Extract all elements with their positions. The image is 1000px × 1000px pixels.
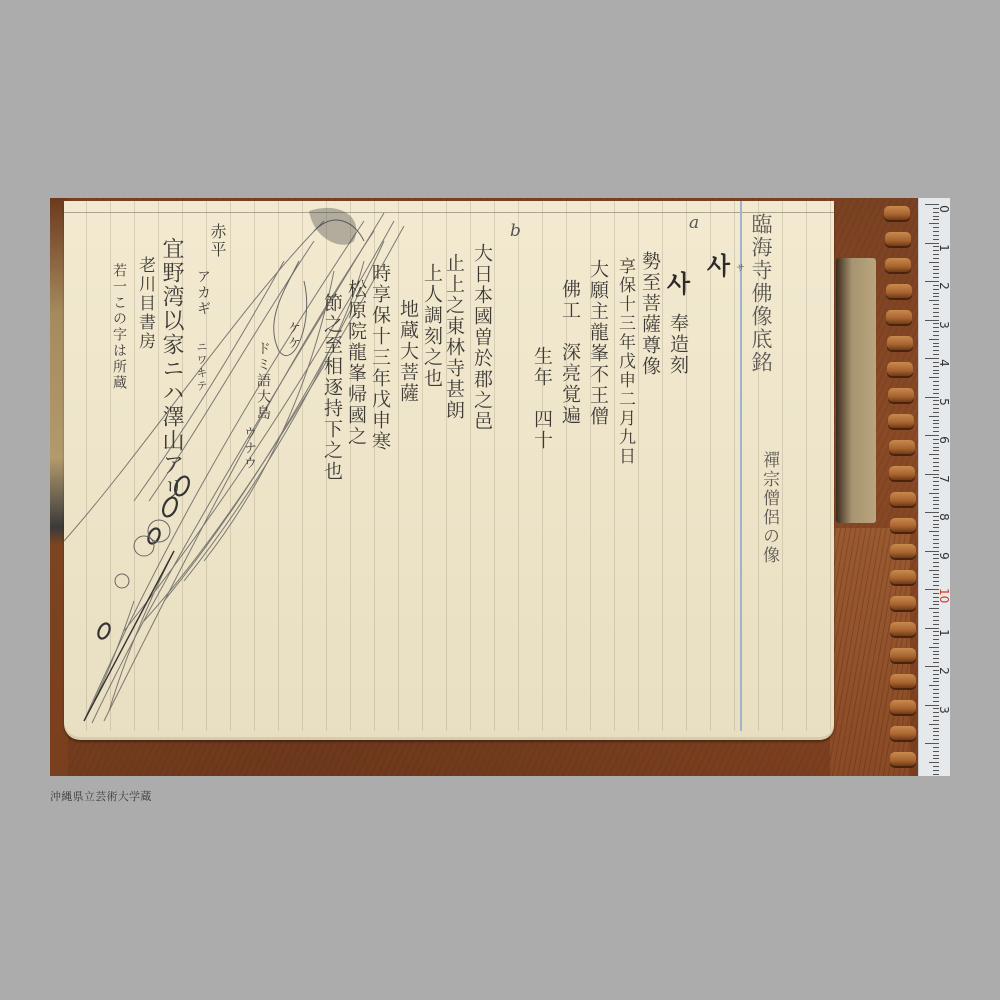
notebook-photograph: 012345678910123: [50, 198, 950, 776]
ruler-tick: [933, 770, 939, 771]
ruler-tick: [933, 720, 939, 721]
page-top-rule: [64, 212, 834, 213]
page-rule-line: [398, 201, 399, 731]
ruler-tick: [933, 497, 939, 498]
stitch: [884, 206, 910, 220]
ruler-tick: [933, 450, 939, 451]
ruler-tick: [929, 570, 939, 571]
inscription-b-line-1: 大日本國曽於郡之邑: [472, 243, 491, 432]
ruler-tick: [933, 620, 939, 621]
ruler-tick: [925, 743, 939, 744]
ruler-number: 1: [937, 242, 950, 254]
inscription-a-line-5: 佛工 深亮覚遍: [560, 279, 579, 426]
ruler-tick: [933, 462, 939, 463]
ruler-tick: [933, 447, 939, 448]
ruler-tick: [933, 346, 939, 347]
page-rule-line: [278, 201, 279, 731]
stitch: [886, 284, 912, 298]
inscription-b-line-4: 地蔵大菩薩: [398, 299, 417, 404]
ruler-tick: [933, 316, 939, 317]
margin-title: 臨海寺佛像底銘: [750, 213, 771, 374]
ruler-tick: [933, 408, 939, 409]
inscription-b-line-2: 止上之東林寺甚朗: [444, 253, 463, 421]
ruler-tick: [933, 581, 939, 582]
ruler-tick: [933, 269, 939, 270]
inscription-b-line-7: 節之至相逐持下之也: [322, 293, 341, 482]
ruler-number: 9: [937, 550, 950, 562]
ruler-tick: [929, 608, 939, 609]
ruler-number: 0: [937, 203, 950, 215]
ruler-tick: [933, 508, 939, 509]
ruler-tick: [933, 654, 939, 655]
inner-flap: [836, 258, 876, 523]
ruler-tick: [929, 262, 939, 263]
ruler-tick: [933, 489, 939, 490]
page-rule-line: [542, 201, 543, 731]
ruler-tick: [933, 235, 939, 236]
ruler-tick: [929, 300, 939, 301]
collection-credit: 沖縄県立芸術大学蔵: [50, 788, 152, 804]
ruler-tick: [933, 385, 939, 386]
ruler-tick: [933, 604, 939, 605]
inscription-a-line-3: 享保十三年戊申二月九日: [616, 257, 633, 466]
ruler-tick: [933, 639, 939, 640]
ruler-tick: [929, 531, 939, 532]
stitch: [885, 232, 911, 246]
ruler-number: 3: [937, 704, 950, 716]
ruler-tick: [933, 266, 939, 267]
ruler-tick: [933, 774, 939, 775]
stitch: [885, 258, 911, 272]
inscription-a-line-4: 大願主龍峯不王僧: [588, 259, 607, 427]
ruler-tick: [933, 716, 939, 717]
sketch-label-3: ウナウ: [242, 426, 255, 471]
page-rule-line: [830, 201, 831, 731]
ruler-tick: [933, 766, 939, 767]
ruler-tick: [929, 416, 939, 417]
page-rule-line: [518, 201, 519, 731]
ruler-tick: [933, 539, 939, 540]
ruler-tick: [933, 693, 939, 694]
page-rule-line: [710, 201, 711, 731]
ruler-tick: [933, 574, 939, 575]
ruler-tick: [933, 616, 939, 617]
note-line-2: 老川目書房: [136, 256, 153, 351]
ruler-tick: [933, 381, 939, 382]
ruler-tick: [933, 731, 939, 732]
ruler-tick: [933, 612, 939, 613]
notebook-page: a b 臨海寺佛像底銘 サ 禪宗僧侶の像 사 사 奉造刻 勢至菩薩尊像 享保十三…: [64, 201, 834, 737]
ruler-tick: [933, 231, 939, 232]
stitch: [890, 726, 916, 740]
ruler-number: 2: [937, 665, 950, 677]
ruler-tick: [933, 758, 939, 759]
ruler-tick: [933, 624, 939, 625]
leather-stitching: [882, 198, 922, 776]
ruler-tick: [929, 377, 939, 378]
reading-akagi: アカギ: [196, 269, 210, 317]
ruler-tick: [933, 566, 939, 567]
ruler-tick: [933, 658, 939, 659]
ruler-tick: [933, 277, 939, 278]
ruler-tick: [933, 431, 939, 432]
reading-niwakite: ニワキテ: [196, 341, 207, 393]
stitch: [887, 362, 913, 376]
ruler-tick: [933, 651, 939, 652]
ruler-tick: [933, 751, 939, 752]
ruler-tick: [933, 335, 939, 336]
margin-note: 禪宗僧侶の像: [760, 451, 777, 565]
ruler-tick: [933, 308, 939, 309]
ruler-tick: [933, 747, 939, 748]
page-rule-line: [302, 201, 303, 731]
measuring-ruler: 012345678910123: [918, 198, 950, 776]
ruler-tick: [933, 504, 939, 505]
stitch: [890, 518, 916, 532]
ruler-tick: [933, 535, 939, 536]
stitch: [887, 336, 913, 350]
ruler-tick: [933, 293, 939, 294]
ruler-tick: [933, 662, 939, 663]
ruler-tick: [933, 393, 939, 394]
ruler-tick: [933, 304, 939, 305]
ruler-tick: [933, 643, 939, 644]
stitch: [888, 388, 914, 402]
ruler-tick: [933, 227, 939, 228]
ruler-tick: [933, 524, 939, 525]
note-line-1: 宜野湾以家ニハ澤山アリ: [160, 237, 182, 501]
ruler-number: 7: [937, 473, 950, 485]
ruler-tick: [933, 350, 939, 351]
sketch-label-1: ケケ: [286, 321, 299, 351]
margin-line: [740, 201, 742, 731]
ruler-tick: [933, 697, 939, 698]
stitch: [890, 700, 916, 714]
note-line-3: 若一この字は所蔵: [112, 263, 126, 391]
ruler-tick: [933, 500, 939, 501]
inscription-a-line-6: 生年 四十: [532, 346, 551, 451]
page-rule-line: [494, 201, 495, 731]
ruler-tick: [933, 543, 939, 544]
ruler-tick: [933, 331, 939, 332]
stitch: [889, 440, 915, 454]
page-rule-line: [806, 201, 807, 731]
inscription-a-line-2: 勢至菩薩尊像: [640, 251, 659, 377]
ruler-tick: [933, 420, 939, 421]
margin-kana-mark: サ: [734, 263, 743, 274]
ruler-tick: [933, 466, 939, 467]
ruler-tick: [933, 681, 939, 682]
stitch: [890, 648, 916, 662]
ruler-tick: [933, 412, 939, 413]
ruler-tick: [933, 678, 939, 679]
ruler-number: 3: [937, 319, 950, 331]
ruler-tick: [933, 458, 939, 459]
ruler-number: 2: [937, 280, 950, 292]
page-rule-line: [782, 201, 783, 731]
ruler-tick: [933, 427, 939, 428]
ruler-number: 8: [937, 511, 950, 523]
ruler-tick: [933, 728, 939, 729]
inscription-b-line-3: 上人調刻之也: [422, 263, 441, 389]
ruler-tick: [933, 389, 939, 390]
ruler-tick: [933, 577, 939, 578]
ruler-tick: [933, 254, 939, 255]
ruler-tick: [933, 239, 939, 240]
ruler-tick: [929, 339, 939, 340]
inscription-a-line-1: 奉造刻: [668, 313, 687, 376]
hangul-mark-2: 사: [664, 271, 688, 297]
ruler-tick: [933, 701, 939, 702]
stitch: [886, 310, 912, 324]
sketch-label-2: ドミ語大島: [256, 341, 270, 421]
ruler-tick: [929, 454, 939, 455]
ruler-tick: [933, 739, 939, 740]
ruler-tick: [933, 527, 939, 528]
page-rule-line: [86, 201, 87, 731]
ruler-tick: [929, 493, 939, 494]
ruler-tick: [933, 755, 939, 756]
ruler-tick: [929, 647, 939, 648]
ruler-tick: [933, 373, 939, 374]
ruler-number: 10: [937, 588, 950, 600]
ruler-tick: [933, 735, 939, 736]
ruler-tick: [929, 762, 939, 763]
ruler-number: 5: [937, 396, 950, 408]
ruler-tick: [933, 689, 939, 690]
ruler-tick: [933, 343, 939, 344]
stitch: [889, 466, 915, 480]
ruler-tick: [933, 312, 939, 313]
place-name-akagi: 赤平: [209, 223, 225, 259]
ruler-tick: [933, 370, 939, 371]
ruler-number: 1: [937, 627, 950, 639]
ruler-tick: [933, 216, 939, 217]
ruler-tick: [933, 296, 939, 297]
page-rule-line: [734, 201, 735, 731]
section-mark-b: b: [510, 221, 521, 241]
ruler-tick: [933, 273, 939, 274]
ruler-tick: [929, 685, 939, 686]
ruler-tick: [933, 354, 939, 355]
stitch: [890, 752, 916, 766]
ruler-tick: [933, 562, 939, 563]
ruler-tick: [933, 547, 939, 548]
ruler-tick: [929, 223, 939, 224]
ruler-tick: [933, 258, 939, 259]
ruler-tick: [933, 485, 939, 486]
ruler-tick: [933, 423, 939, 424]
stitch: [890, 596, 916, 610]
stitch: [890, 570, 916, 584]
ruler-number: 4: [937, 357, 950, 369]
hangul-mark-1: 사: [704, 253, 728, 279]
page-rule-line: [230, 201, 231, 731]
stitch: [890, 622, 916, 636]
ruler-number: 6: [937, 434, 950, 446]
stitch: [890, 674, 916, 688]
ruler-tick: [929, 724, 939, 725]
section-mark-a: a: [689, 213, 699, 233]
stitch: [890, 492, 916, 506]
ruler-tick: [933, 585, 939, 586]
ruler-tick: [933, 219, 939, 220]
inscription-b-line-5: 時享保十三年戊申寒: [370, 263, 389, 452]
stitch: [888, 414, 914, 428]
inscription-b-line-6: 松原院龍峯帰國之: [346, 279, 365, 447]
ruler-tick: [933, 470, 939, 471]
stitch: [890, 544, 916, 558]
